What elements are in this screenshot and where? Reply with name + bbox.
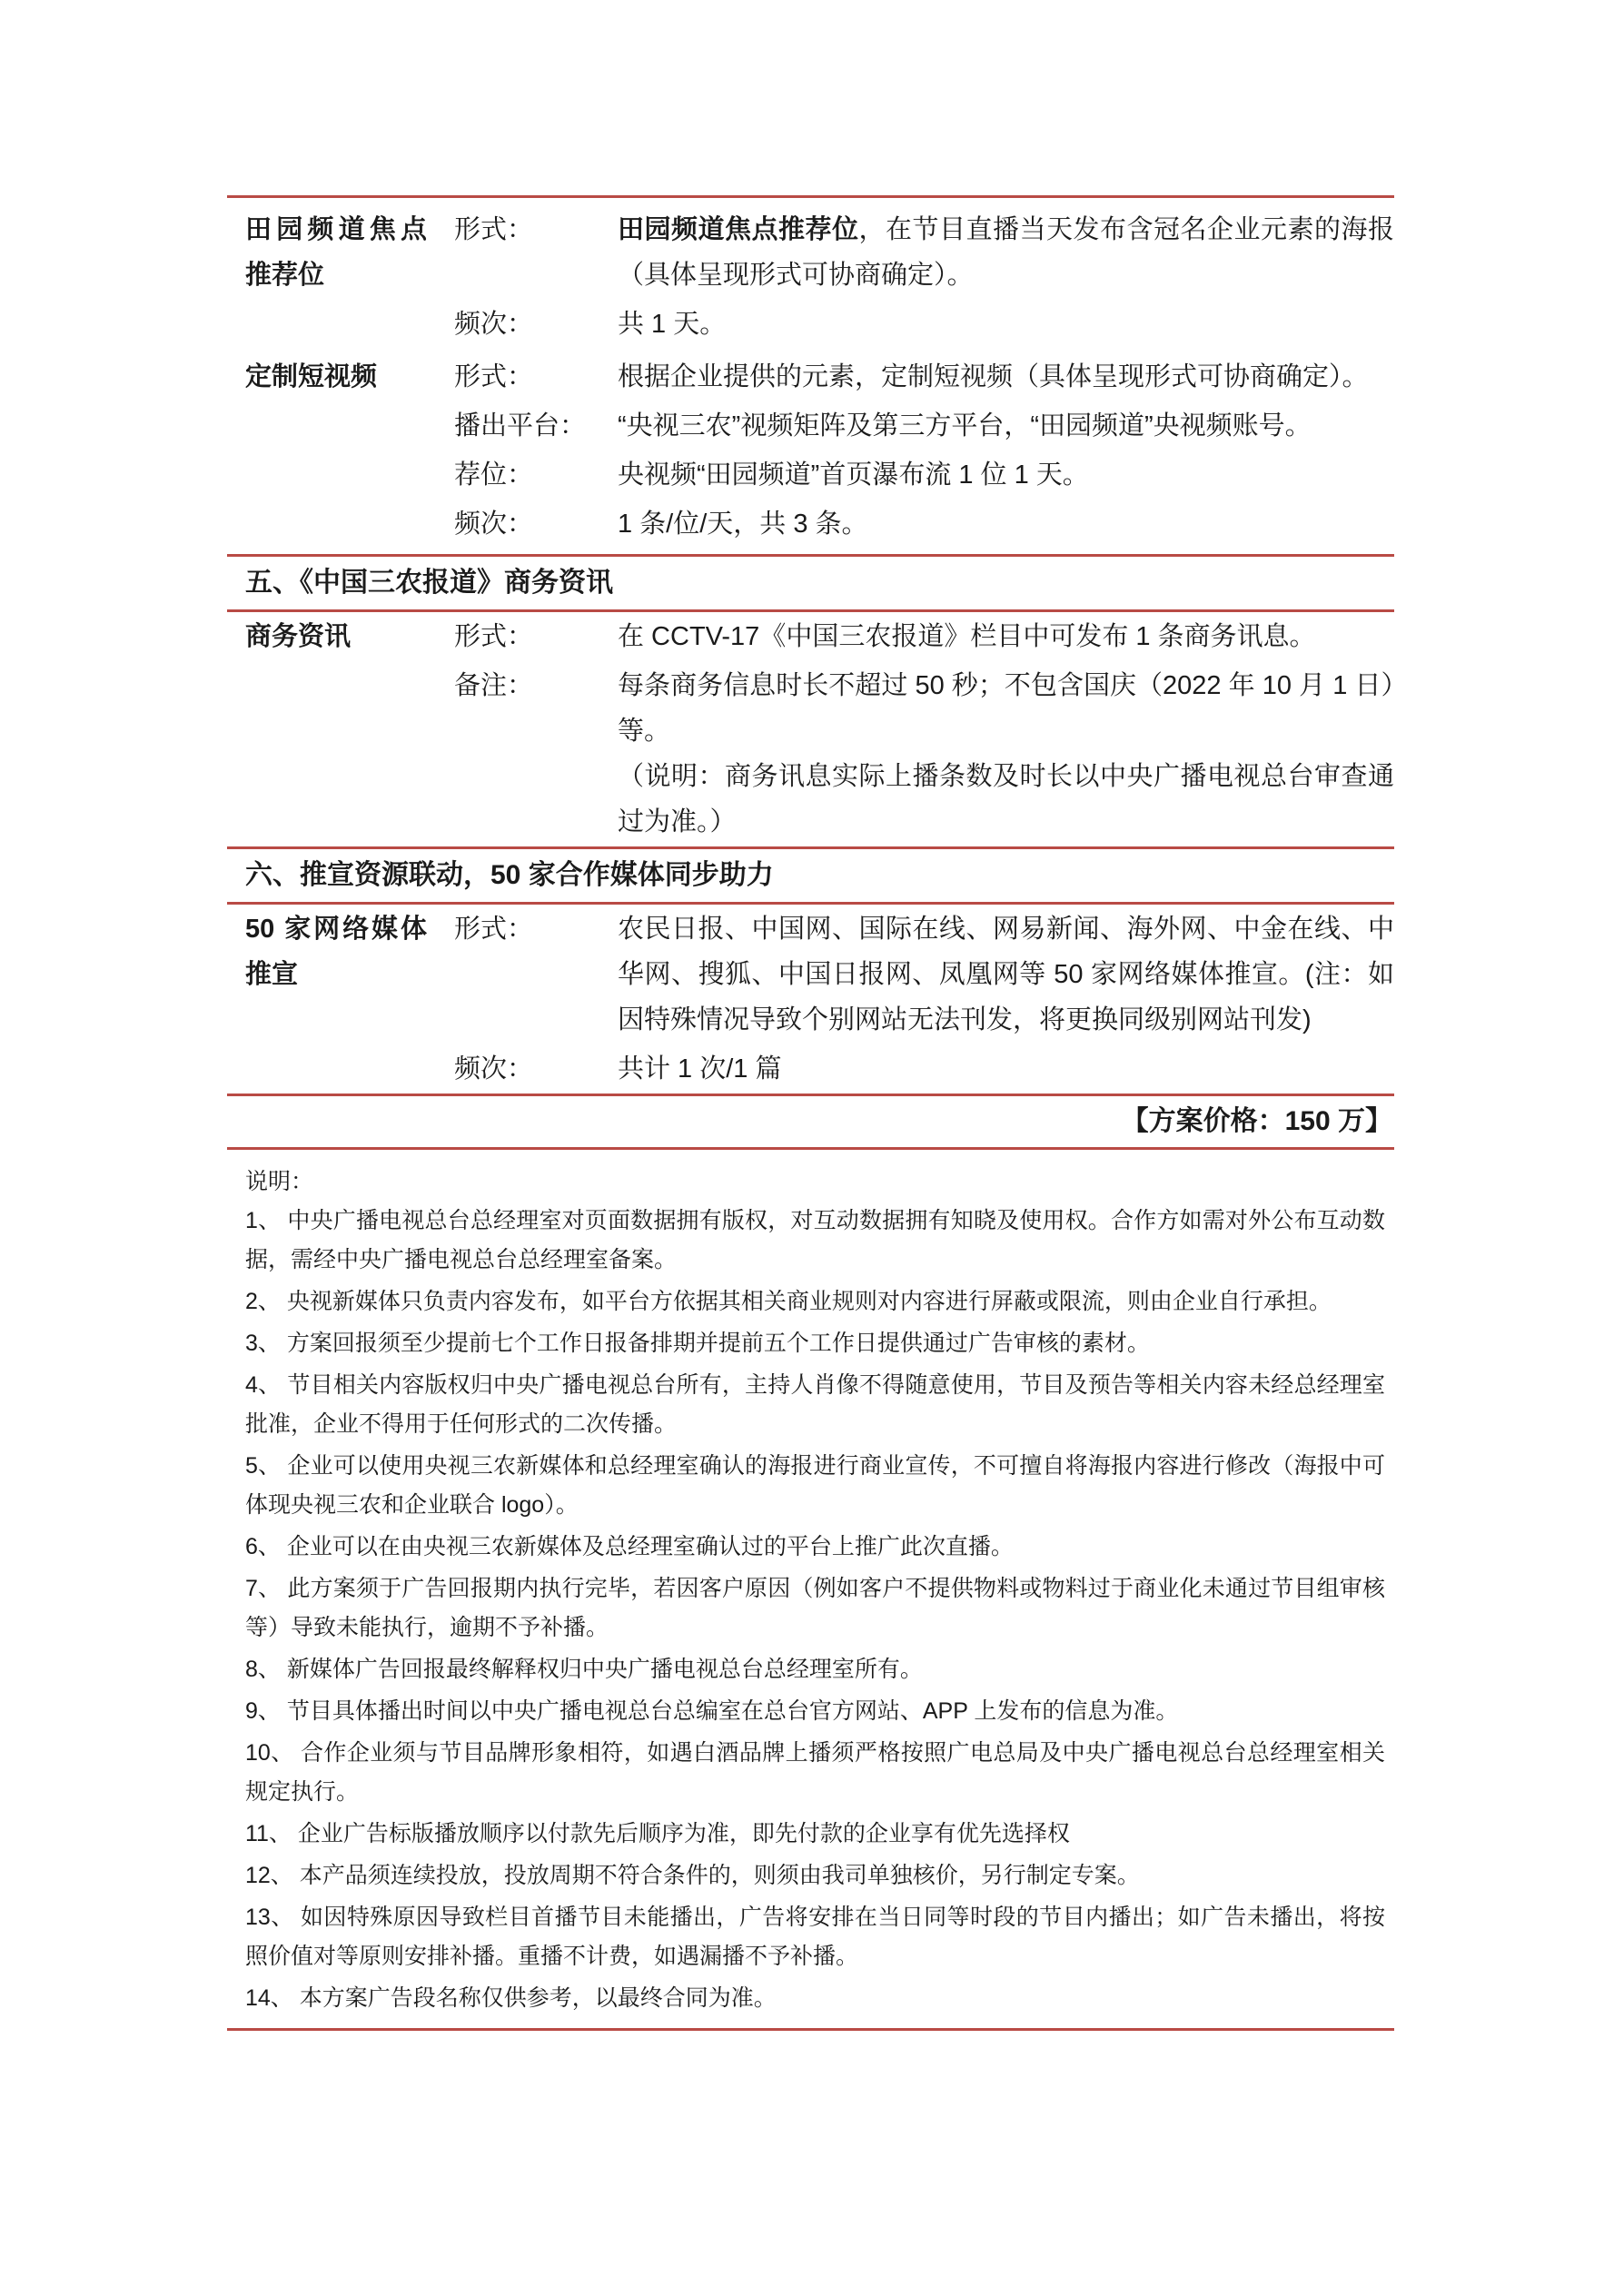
field-platform: 播出平台： “央视三农”视频矩阵及第三方平台，“田园频道”央视频账号。 (454, 403, 1394, 449)
note-item: 4、 节目相关内容版权归中央广播电视总台所有，主持人肖像不得随意使用，节目及预告… (245, 1366, 1385, 1444)
section-heading-6: 六、推宣资源联动，50 家合作媒体同步助力 (227, 849, 1394, 902)
field-key: 播出平台： (454, 403, 618, 449)
field-key: 频次： (454, 302, 618, 347)
red-divider (227, 2028, 1394, 2031)
row-fields: 形式： 在 CCTV-17《中国三农报道》栏目中可发布 1 条商务讯息。 备注：… (454, 614, 1394, 845)
note-item: 14、 本方案广告段名称仅供参考，以最终合同为准。 (245, 1979, 1385, 2018)
field-value: 央视频“田园频道”首页瀑布流 1 位 1 天。 (618, 452, 1394, 498)
table-row-network-media: 50 家网络媒体推宣 形式： 农民日报、中国网、国际在线、网易新闻、海外网、中金… (227, 905, 1394, 1094)
proposal-document: 田园频道焦点推荐位 形式： 田园频道焦点推荐位，在节目直播当天发布含冠名企业元素… (227, 195, 1394, 2031)
row-label: 商务资讯 (245, 614, 427, 845)
field-key: 形式： (454, 354, 618, 400)
row-label: 50 家网络媒体推宣 (245, 906, 427, 1092)
field-value-bold: 田园频道焦点推荐位 (618, 215, 859, 244)
remark-paragraph: （说明：商务讯息实际上播条数及时长以中央广播电视总台审查通过为准。） (618, 754, 1394, 845)
note-item: 3、 方案回报须至少提前七个工作日报备排期并提前五个工作日提供通过广告审核的素材… (245, 1324, 1385, 1363)
document-page: 田园频道焦点推荐位 形式： 田园频道焦点推荐位，在节目直播当天发布含冠名企业元素… (0, 0, 1624, 2296)
field-pinci: 频次： 共计 1 次/1 篇 (454, 1046, 1394, 1092)
note-item: 7、 此方案须于广告回报期内执行完毕，若因客户原因（例如客户不提供物料或物料过于… (245, 1569, 1385, 1648)
table-row-business-info: 商务资讯 形式： 在 CCTV-17《中国三农报道》栏目中可发布 1 条商务讯息… (227, 612, 1394, 846)
field-value: “央视三农”视频矩阵及第三方平台，“田园频道”央视频账号。 (618, 403, 1394, 449)
row-fields: 形式： 根据企业提供的元素，定制短视频（具体呈现形式可协商确定）。 播出平台： … (454, 354, 1394, 547)
row-fields: 形式： 田园频道焦点推荐位，在节目直播当天发布含冠名企业元素的海报（具体呈现形式… (454, 207, 1394, 347)
row-label: 田园频道焦点推荐位 (245, 207, 427, 347)
note-item: 5、 企业可以使用央视三农新媒体和总经理室确认的海报进行商业宣传，不可擅自将海报… (245, 1447, 1385, 1525)
note-item: 11、 企业广告标版播放顺序以付款先后顺序为准，即先付款的企业享有优先选择权 (245, 1815, 1385, 1854)
field-xingshi: 形式： 田园频道焦点推荐位，在节目直播当天发布含冠名企业元素的海报（具体呈现形式… (454, 207, 1394, 298)
field-key: 形式： (454, 614, 618, 659)
plan-price: 【方案价格：150 万】 (227, 1096, 1394, 1147)
notes-section: 说明： 1、 中央广播电视总台总经理室对页面数据拥有版权，对互动数据拥有知晓及使… (227, 1150, 1394, 2028)
note-item: 9、 节目具体播出时间以中央广播电视总台总编室在总台官方网站、APP 上发布的信… (245, 1692, 1385, 1731)
field-pinci: 频次： 共 1 天。 (454, 302, 1394, 347)
field-value: 1 条/位/天，共 3 条。 (618, 501, 1394, 547)
field-xingshi: 形式： 根据企业提供的元素，定制短视频（具体呈现形式可协商确定）。 (454, 354, 1394, 400)
field-value: 共计 1 次/1 篇 (618, 1046, 1394, 1092)
note-item: 13、 如因特殊原因导致栏目首播节目未能播出，广告将安排在当日同等时段的节目内播… (245, 1898, 1385, 1976)
field-pinci: 频次： 1 条/位/天，共 3 条。 (454, 501, 1394, 547)
table-row-tianyuan-focus: 田园频道焦点推荐位 形式： 田园频道焦点推荐位，在节目直播当天发布含冠名企业元素… (227, 198, 1394, 351)
note-item: 10、 合作企业须与节目品牌形象相符，如遇白酒品牌上播须严格按照广电总局及中央广… (245, 1734, 1385, 1812)
field-value: 在 CCTV-17《中国三农报道》栏目中可发布 1 条商务讯息。 (618, 614, 1394, 659)
table-row-custom-short-video: 定制短视频 形式： 根据企业提供的元素，定制短视频（具体呈现形式可协商确定）。 … (227, 351, 1394, 554)
field-value: 农民日报、中国网、国际在线、网易新闻、海外网、中金在线、中华网、搜狐、中国日报网… (618, 906, 1394, 1043)
field-jianwei: 荐位： 央视频“田园频道”首页瀑布流 1 位 1 天。 (454, 452, 1394, 498)
remark-paragraph: 每条商务信息时长不超过 50 秒；不包含国庆（2022 年 10 月 1 日）等… (618, 663, 1394, 754)
field-value: 根据企业提供的元素，定制短视频（具体呈现形式可协商确定）。 (618, 354, 1394, 400)
field-value: 田园频道焦点推荐位，在节目直播当天发布含冠名企业元素的海报（具体呈现形式可协商确… (618, 207, 1394, 298)
notes-heading: 说明： (245, 1163, 1385, 1202)
field-xingshi: 形式： 在 CCTV-17《中国三农报道》栏目中可发布 1 条商务讯息。 (454, 614, 1394, 659)
field-xingshi: 形式： 农民日报、中国网、国际在线、网易新闻、海外网、中金在线、中华网、搜狐、中… (454, 906, 1394, 1043)
note-item: 1、 中央广播电视总台总经理室对页面数据拥有版权，对互动数据拥有知晓及使用权。合… (245, 1202, 1385, 1280)
field-value: 共 1 天。 (618, 302, 1394, 347)
field-value: 每条商务信息时长不超过 50 秒；不包含国庆（2022 年 10 月 1 日）等… (618, 663, 1394, 845)
field-key: 形式： (454, 906, 618, 1043)
field-key: 频次： (454, 1046, 618, 1092)
field-key: 形式： (454, 207, 618, 298)
field-key: 频次： (454, 501, 618, 547)
row-fields: 形式： 农民日报、中国网、国际在线、网易新闻、海外网、中金在线、中华网、搜狐、中… (454, 906, 1394, 1092)
note-item: 2、 央视新媒体只负责内容发布，如平台方依据其相关商业规则对内容进行屏蔽或限流，… (245, 1282, 1385, 1321)
section-heading-5: 五、《中国三农报道》商务资讯 (227, 557, 1394, 609)
field-key: 备注： (454, 663, 618, 845)
note-item: 8、 新媒体广告回报最终解释权归中央广播电视总台总经理室所有。 (245, 1650, 1385, 1689)
note-item: 6、 企业可以在由央视三农新媒体及总经理室确认过的平台上推广此次直播。 (245, 1528, 1385, 1567)
field-beizhu: 备注： 每条商务信息时长不超过 50 秒；不包含国庆（2022 年 10 月 1… (454, 663, 1394, 845)
row-label: 定制短视频 (245, 354, 427, 547)
field-key: 荐位： (454, 452, 618, 498)
note-item: 12、 本产品须连续投放，投放周期不符合条件的，则须由我司单独核价，另行制定专案… (245, 1856, 1385, 1895)
